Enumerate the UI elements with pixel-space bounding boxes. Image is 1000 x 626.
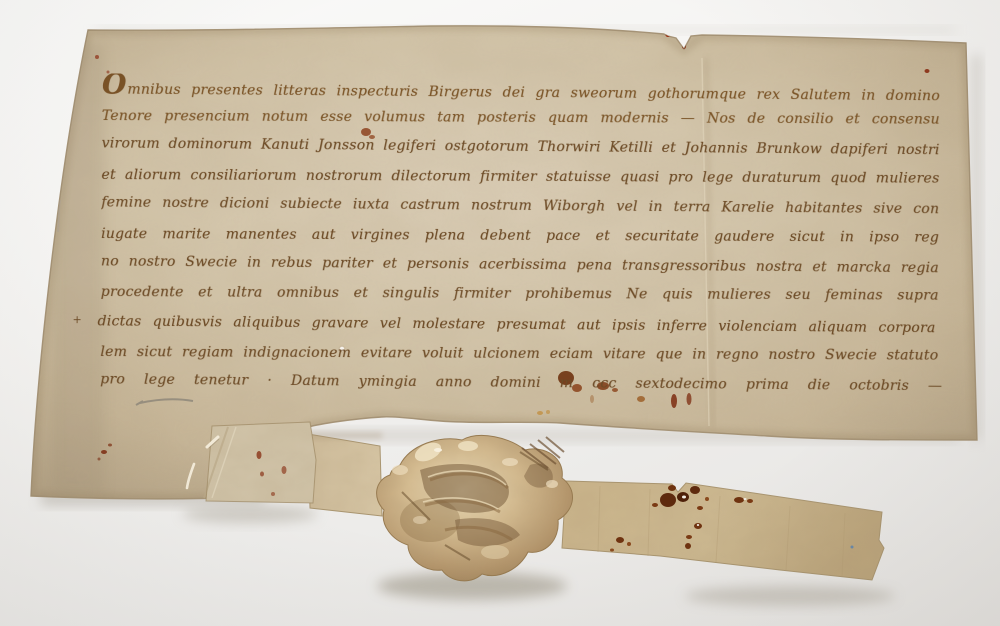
charter-text-line: no nostro Swecie in rebus pariter et per… [101, 250, 939, 282]
charter-text-line: Omnibus presentes litteras inspecturis B… [102, 73, 940, 105]
margin-cross-mark: + [72, 313, 81, 326]
charter-text-line: Tenore presencium notum esse volumus tam… [102, 105, 940, 134]
charter-text-line: et aliorum consiliariorum nostrorum dile… [101, 164, 939, 193]
charter-text-line: pro lege tenetur · Datum ymingia anno do… [100, 368, 942, 400]
charter-text-line: iugate marite manentes aut virgines plen… [101, 223, 939, 252]
manuscript-photo: Omnibus presentes litteras inspecturis B… [0, 0, 1000, 626]
charter-text-line: virorum dominorum Kanuti Jonsson legifer… [102, 132, 940, 164]
charter-text: Omnibus presentes litteras inspecturis B… [0, 0, 1000, 626]
charter-text-line: femine nostre dicioni subiecte iuxta cas… [101, 191, 939, 223]
charter-text-line: dictas quibusvis aliquibus gravare vel m… [97, 310, 935, 342]
charter-text-line: lem sicut regiam indignacionem evitare v… [100, 341, 938, 370]
charter-text-line: procedente et ultra omnibus et singulis … [101, 281, 939, 310]
